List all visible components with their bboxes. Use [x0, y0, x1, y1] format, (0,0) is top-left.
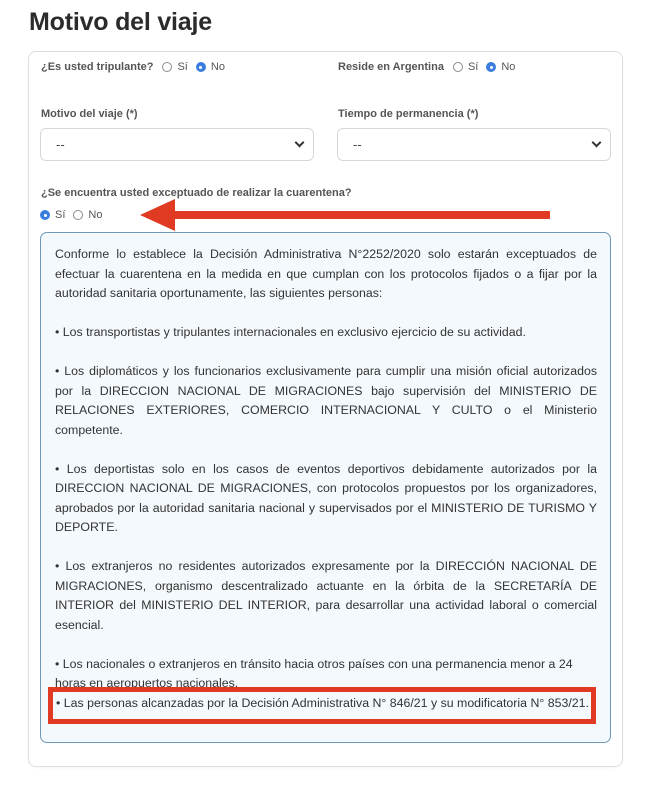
radio-checked-icon[interactable] — [196, 62, 206, 72]
red-highlight-annotation — [48, 687, 596, 724]
trip-reason-label: Motivo del viaje (*) — [41, 108, 138, 120]
stay-duration-value: -- — [353, 137, 362, 152]
trip-reason-select[interactable]: -- — [40, 128, 314, 161]
crew-option-no[interactable]: No — [196, 61, 225, 73]
info-paragraph: • Los deportistas solo en los casos de e… — [55, 460, 597, 538]
stay-duration-select[interactable]: -- — [337, 128, 611, 161]
crew-option-si[interactable]: Sí — [162, 61, 187, 73]
stay-duration-label: Tiempo de permanencia (*) — [338, 108, 478, 120]
chevron-down-icon — [295, 138, 305, 148]
exemption-info-box: Conforme lo establece la Decisión Admini… — [40, 232, 611, 743]
radio-icon[interactable] — [453, 62, 463, 72]
quarantine-option-si[interactable]: Sí — [40, 209, 65, 221]
red-arrow-annotation — [140, 197, 552, 233]
info-paragraph: • Los diplomáticos y los funcionarios ex… — [55, 362, 597, 440]
quarantine-option-no[interactable]: No — [73, 209, 102, 221]
info-paragraph: • Los extranjeros no residentes autoriza… — [55, 557, 597, 635]
radio-icon[interactable] — [73, 210, 83, 220]
crew-question: ¿Es usted tripulante? Sí No — [41, 61, 233, 73]
radio-icon[interactable] — [162, 62, 172, 72]
radio-checked-icon[interactable] — [40, 210, 50, 220]
resides-option-si[interactable]: Sí — [453, 61, 478, 73]
info-paragraph: Conforme lo establece la Decisión Admini… — [55, 245, 597, 304]
trip-reason-value: -- — [56, 137, 65, 152]
page-title: Motivo del viaje — [29, 8, 212, 37]
crew-question-label: ¿Es usted tripulante? — [41, 61, 153, 73]
chevron-down-icon — [592, 138, 602, 148]
radio-checked-icon[interactable] — [486, 62, 496, 72]
resides-question: Reside en Argentina Sí No — [338, 61, 523, 73]
quarantine-question: Sí No — [40, 209, 110, 221]
info-paragraph: • Los transportistas y tripulantes inter… — [55, 323, 597, 343]
resides-question-label: Reside en Argentina — [338, 61, 444, 73]
resides-option-no[interactable]: No — [486, 61, 515, 73]
